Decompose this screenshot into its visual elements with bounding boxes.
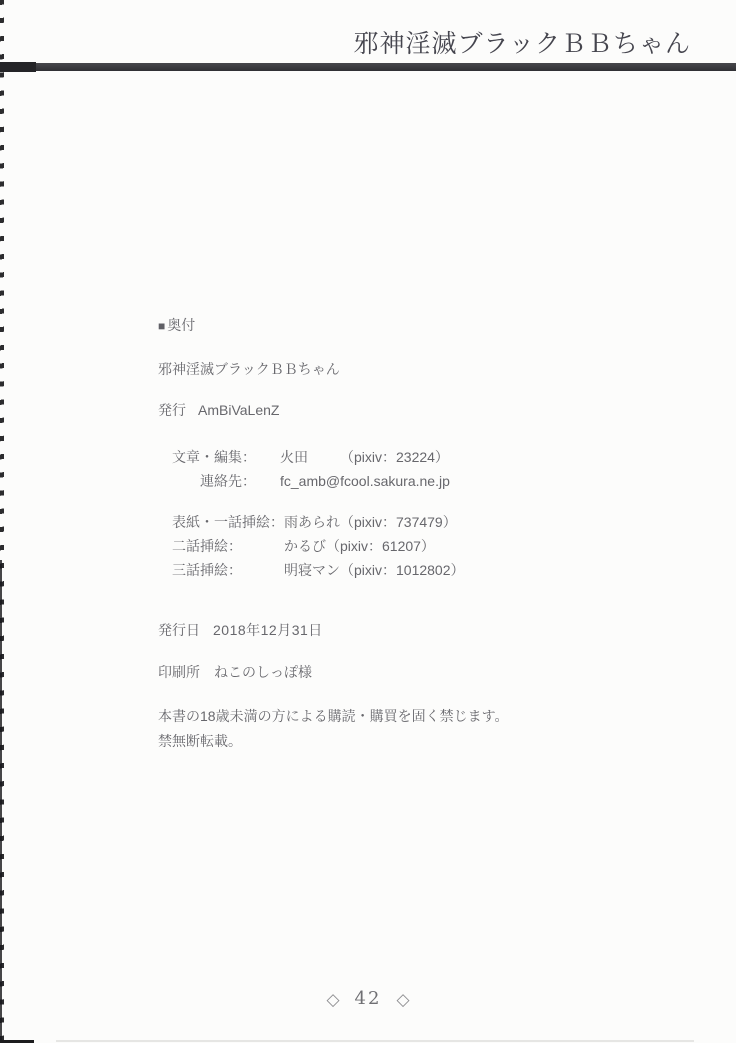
publisher-name: AmBiVaLenZ [198,402,279,418]
credit-row-editor: 文章・編集： 火田 （pixiv：23224） [172,445,450,469]
page-footer: ◇ 42 ◇ [0,990,736,1008]
colophon-heading: ■奥付 [158,315,195,336]
notice-block: 本書の18歳未満の方による購読・購買を固く禁じます。 禁無断転載。 [158,704,508,754]
editor-pixiv-id: （pixiv：23224） [340,445,449,469]
illustrator-3-name: 明寝マン（pixiv：1012802） [284,558,465,582]
diamond-icon: ◇ [396,991,409,1008]
contact-label: 連絡先： [172,469,256,493]
illustrator-row: 二話挿絵： かるび（pixiv：61207） [172,534,465,558]
editor-label: 文章・編集： [172,445,256,469]
illustrator-1-label: 表紙・一話挿絵： [172,510,284,534]
publisher-label: 発行 [158,402,186,418]
running-head-title: 邪神淫滅ブラックＢＢちゃん [353,24,691,60]
credit-row-contact: 連絡先： fc_amb@fcool.sakura.ne.jp [172,469,450,493]
illustrator-row: 三話挿絵： 明寝マン（pixiv：1012802） [172,558,465,582]
book-title: 邪神淫滅ブラックＢＢちゃん [158,359,340,379]
square-bullet-icon: ■ [158,319,165,333]
publish-date-line: 発行日2018年12月31日 [158,620,323,640]
colophon-heading-label: 奥付 [167,317,195,333]
publish-date-label: 発行日 [158,622,200,638]
bottom-scan-edge [56,1040,694,1042]
illustrator-3-label: 三話挿絵： [172,558,284,582]
header-rule [0,63,736,71]
publisher-line: 発行AmBiVaLenZ [158,400,279,420]
no-reproduction-notice: 禁無断転載。 [158,729,508,754]
page-number: 42 [355,990,382,1008]
contact-email: fc_amb@fcool.sakura.ne.jp [280,469,450,493]
publish-date-value: 2018年12月31日 [213,622,323,638]
illustrator-row: 表紙・一話挿絵： 雨あられ（pixiv：737479） [172,510,465,534]
diamond-icon: ◇ [326,991,339,1008]
printer-name: ねこのしっぽ様 [214,664,312,680]
printer-line: 印刷所ねこのしっぽ様 [158,662,312,682]
printer-label: 印刷所 [158,664,200,680]
binding-edge-marks [0,0,5,1043]
illustrator-2-name: かるび（pixiv：61207） [284,534,435,558]
age-restriction-notice: 本書の18歳未満の方による購読・購買を固く禁じます。 [158,704,508,729]
illustrator-1-name: 雨あられ（pixiv：737479） [284,510,457,534]
illustrators-block: 表紙・一話挿絵： 雨あられ（pixiv：737479） 二話挿絵： かるび（pi… [158,510,465,582]
illustrator-2-label: 二話挿絵： [172,534,284,558]
scanned-book-page: 邪神淫滅ブラックＢＢちゃん ■奥付 邪神淫滅ブラックＢＢちゃん 発行AmBiVa… [0,0,736,1043]
credits-block: 文章・編集： 火田 （pixiv：23224） 連絡先： fc_amb@fcoo… [158,445,450,493]
editor-name: 火田 [280,445,308,469]
